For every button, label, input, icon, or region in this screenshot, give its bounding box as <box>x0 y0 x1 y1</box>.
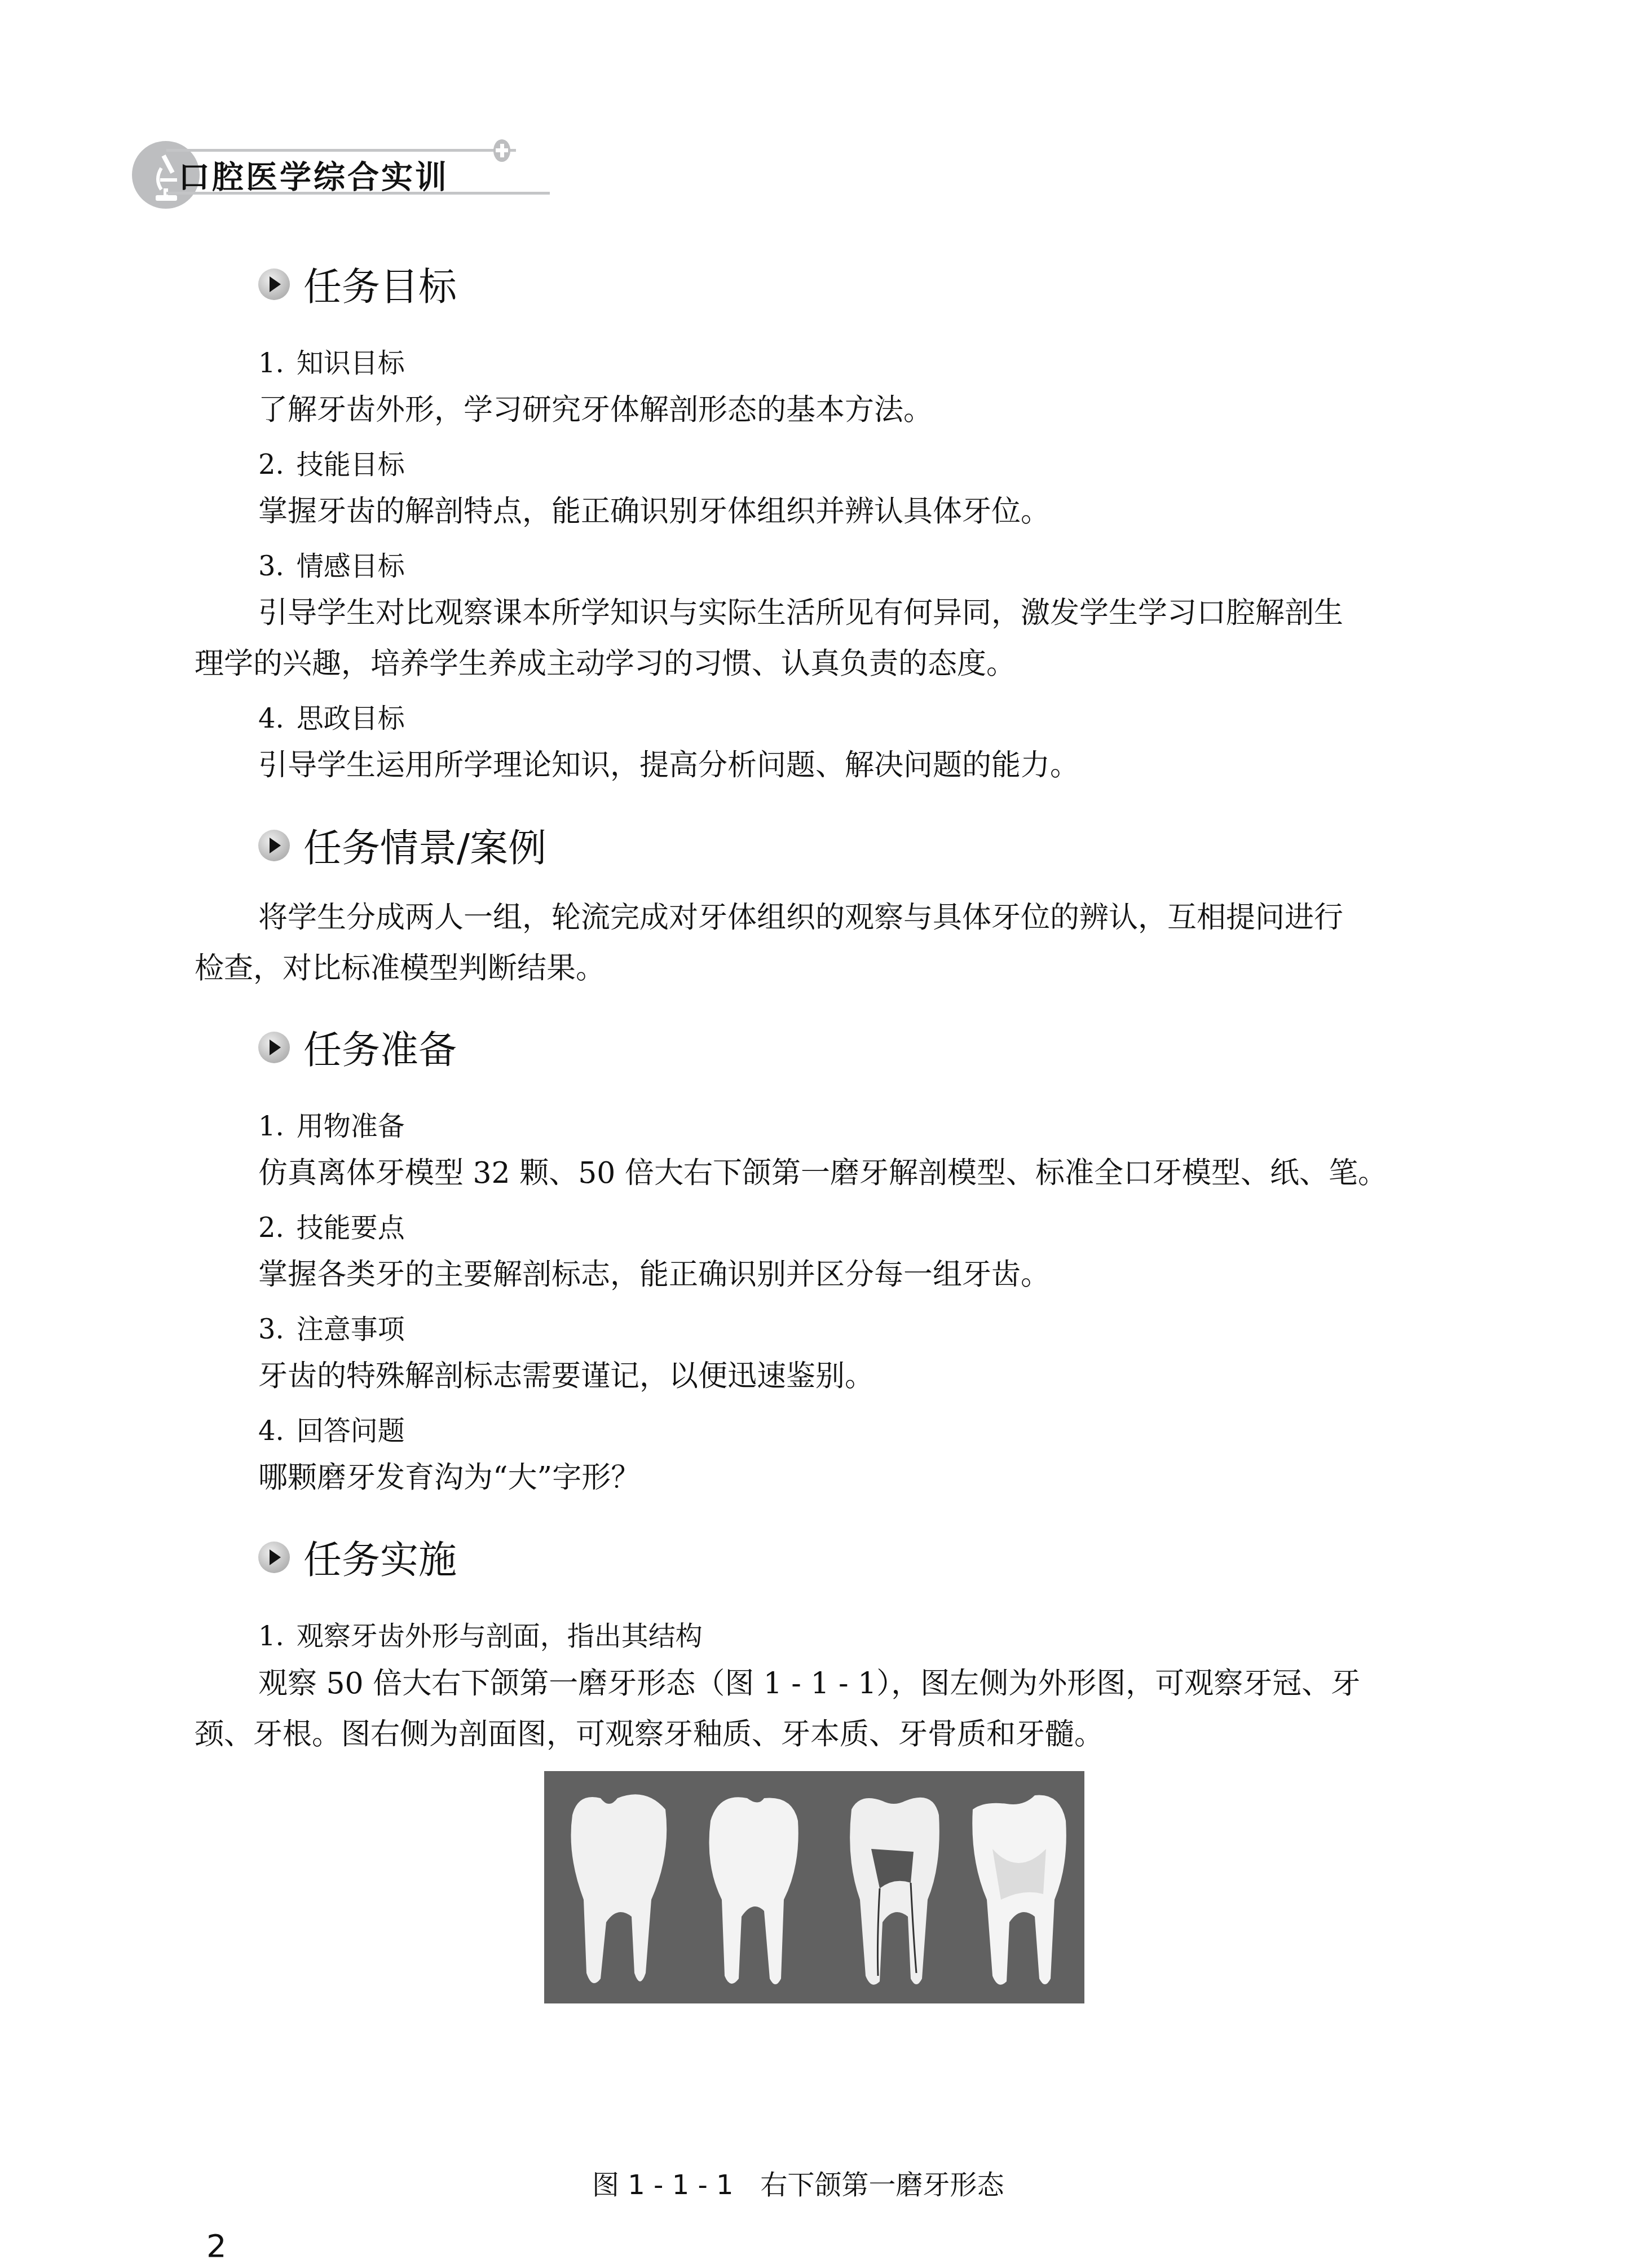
paragraph-line: 将学生分成两人一组，轮流完成对牙体组织的观察与具体牙位的辨认，互相提问进行 <box>258 892 1431 943</box>
subheading: 4.思政目标 <box>258 697 405 736</box>
item-number: 3. <box>258 1314 284 1345</box>
item-label: 用物准备 <box>297 1111 405 1142</box>
paragraph: 了解牙齿外形，学习研究牙体解剖形态的基本方法。 <box>258 385 1431 435</box>
item-number: 1. <box>258 347 284 379</box>
section-title: 任务实施 <box>303 1530 457 1584</box>
play-bullet-icon <box>258 830 290 861</box>
subheading: 1.知识目标 <box>258 341 405 380</box>
paragraph: 牙齿的特殊解剖标志需要谨记，以便迅速鉴别。 <box>258 1351 1431 1402</box>
item-number: 4. <box>258 1415 284 1447</box>
paragraph: 哪颗磨牙发育沟为“大”字形？ <box>258 1452 1431 1503</box>
item-label: 情感目标 <box>297 551 405 582</box>
play-bullet-icon <box>258 1032 290 1063</box>
item-label: 知识目标 <box>297 347 405 379</box>
section-title: 任务情景/案例 <box>303 818 546 873</box>
subheading: 3.情感目标 <box>258 544 405 583</box>
item-number: 2. <box>258 1212 284 1244</box>
play-bullet-icon <box>258 1542 290 1573</box>
tooth-exterior-icon <box>561 1787 674 1996</box>
paragraph: 引导学生运用所学理论知识，提高分析问题、解决问题的能力。 <box>258 740 1431 791</box>
play-bullet-icon <box>258 268 290 300</box>
tooth-section-icon <box>961 1787 1074 1996</box>
paragraph: 掌握牙齿的解剖特点，能正确识别牙体组织并辨认具体牙位。 <box>258 486 1431 537</box>
item-number: 2. <box>258 449 284 481</box>
paragraph: 掌握各类牙的主要解剖标志，能正确识别并区分每一组牙齿。 <box>258 1249 1431 1300</box>
paragraph-line: 颈、牙根。图右侧为剖面图，可观察牙釉质、牙本质、牙骨质和牙髓。 <box>195 1709 1367 1760</box>
paragraph-line: 理学的兴趣，培养学生养成主动学习的习惯、认真负责的态度。 <box>195 638 1367 689</box>
subheading: 1.观察牙齿外形与剖面，指出其结构 <box>258 1614 703 1653</box>
tooth-section-icon <box>837 1787 950 1996</box>
section-heading-implementation: 任务实施 <box>258 1530 457 1584</box>
header-rule-top <box>166 149 516 152</box>
section-heading-objectives: 任务目标 <box>258 257 457 311</box>
item-label: 注意事项 <box>297 1314 405 1345</box>
medical-cross-icon <box>493 139 510 162</box>
section-title: 任务目标 <box>303 257 457 311</box>
item-label: 观察牙齿外形与剖面，指出其结构 <box>297 1620 703 1652</box>
subheading: 3.注意事项 <box>258 1307 405 1346</box>
subheading: 2.技能目标 <box>258 443 405 482</box>
paragraph-line: 检查，对比标准模型判断结果。 <box>195 943 1367 994</box>
microscope-icon <box>153 151 180 203</box>
item-label: 技能目标 <box>297 449 405 481</box>
subheading: 1.用物准备 <box>258 1104 405 1143</box>
item-number: 1. <box>258 1111 284 1142</box>
paragraph-line: 观察 50 倍大右下颌第一磨牙形态（图 1 - 1 - 1），图左侧为外形图，可… <box>258 1658 1431 1709</box>
tooth-figure <box>544 1771 1084 2003</box>
section-title: 任务准备 <box>303 1020 457 1074</box>
page-number: 2 <box>206 2228 227 2265</box>
item-label: 思政目标 <box>297 703 405 734</box>
section-heading-preparation: 任务准备 <box>258 1020 457 1074</box>
item-label: 回答问题 <box>297 1415 405 1447</box>
item-label: 技能要点 <box>297 1212 405 1244</box>
paragraph-line: 引导学生对比观察课本所学知识与实际生活所见有何异同，激发学生学习口腔解剖生 <box>258 588 1431 638</box>
book-title: 口腔医学综合实训 <box>178 152 449 197</box>
subheading: 2.技能要点 <box>258 1206 405 1245</box>
tooth-exterior-icon <box>696 1787 809 1996</box>
section-heading-scenario: 任务情景/案例 <box>258 818 546 873</box>
item-number: 4. <box>258 703 284 734</box>
item-number: 3. <box>258 551 284 582</box>
paragraph: 仿真离体牙模型 32 颗、50 倍大右下颌第一磨牙解剖模型、标准全口牙模型、纸、… <box>258 1148 1431 1199</box>
subheading: 4.回答问题 <box>258 1409 405 1448</box>
item-number: 1. <box>258 1620 284 1652</box>
figure-caption: 图 1 - 1 - 1 右下颌第一磨牙形态 <box>592 2163 1004 2202</box>
